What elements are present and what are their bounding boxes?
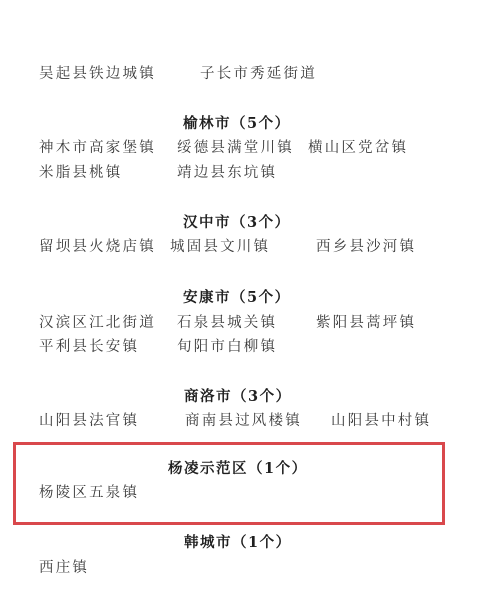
list-item: 吴起县铁边城镇: [39, 64, 156, 84]
list-item: 西乡县沙河镇: [316, 237, 416, 257]
section-row: 西庄镇: [0, 558, 500, 578]
list-item: 横山区党岔镇: [308, 138, 408, 158]
list-item: 神木市高家堡镇: [39, 138, 156, 158]
list-item: 子长市秀延街道: [200, 64, 317, 84]
list-item: 旬阳市白柳镇: [177, 337, 277, 357]
list-item: 山阳县中村镇: [331, 411, 431, 431]
section-row: 汉滨区江北街道 石泉县城关镇 紫阳县蒿坪镇: [0, 313, 500, 333]
section-heading: 商洛市（3个）: [184, 387, 292, 407]
section-row: 平利县长安镇 旬阳市白柳镇: [0, 337, 500, 357]
list-item: 靖边县东坑镇: [177, 163, 277, 183]
list-item: 平利县长安镇: [39, 337, 139, 357]
section-heading: 安康市（5个）: [183, 288, 291, 308]
list-item: 绥德县满堂川镇: [177, 138, 294, 158]
section-heading: 韩城市（1个）: [184, 533, 292, 553]
section-heading-row: 商洛市（3个）: [0, 387, 500, 407]
section-row: 留坝县火烧店镇 城固县文川镇 西乡县沙河镇: [0, 237, 500, 257]
list-item: 汉滨区江北街道: [39, 313, 156, 333]
section-heading-row: 韩城市（1个）: [0, 533, 500, 553]
section-row: 神木市高家堡镇 绥德县满堂川镇 横山区党岔镇: [0, 138, 500, 158]
section-heading: 榆林市（5个）: [183, 114, 291, 134]
section-heading-row: 安康市（5个）: [0, 288, 500, 308]
section-row: 山阳县法官镇 商南县过风楼镇 山阳县中村镇: [0, 411, 500, 431]
list-item: 西庄镇: [39, 558, 89, 578]
section-heading-row: 杨凌示范区（1个）: [0, 459, 500, 479]
lead-row: 吴起县铁边城镇 子长市秀延街道: [0, 64, 500, 84]
list-item: 紫阳县蒿坪镇: [316, 313, 416, 333]
section-heading: 杨凌示范区（1个）: [168, 459, 308, 479]
list-item: 石泉县城关镇: [177, 313, 277, 333]
list-item: 杨陵区五泉镇: [39, 483, 139, 503]
list-item: 城固县文川镇: [170, 237, 270, 257]
list-item: 米脂县桃镇: [39, 163, 123, 183]
list-item: 留坝县火烧店镇: [39, 237, 156, 257]
section-heading-row: 榆林市（5个）: [0, 114, 500, 134]
section-heading: 汉中市（3个）: [183, 213, 291, 233]
list-item: 山阳县法官镇: [39, 411, 139, 431]
section-heading-row: 汉中市（3个）: [0, 213, 500, 233]
section-row: 米脂县桃镇 靖边县东坑镇: [0, 163, 500, 183]
list-item: 商南县过风楼镇: [185, 411, 302, 431]
section-row: 杨陵区五泉镇: [0, 483, 500, 503]
